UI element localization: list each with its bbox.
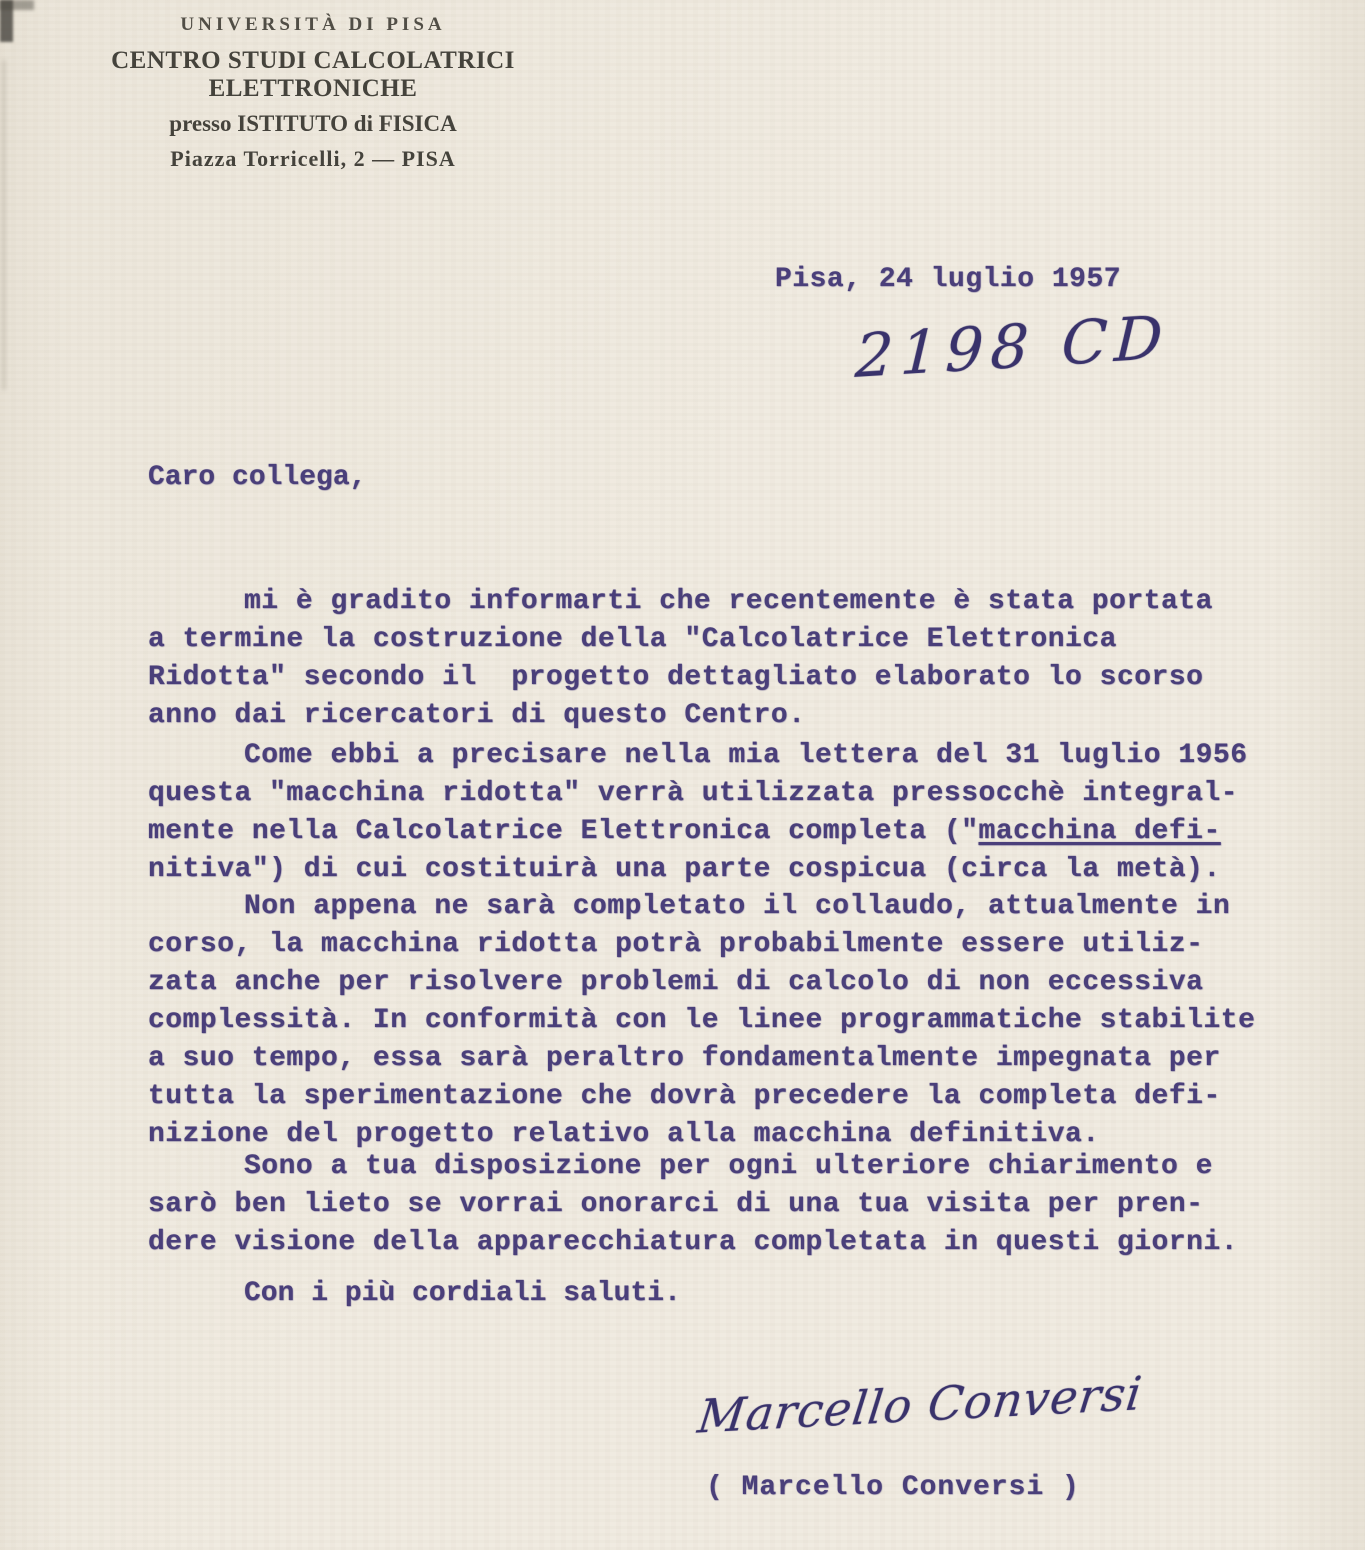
- letter-line: anno dai ricercatori di questo Centro.: [148, 697, 1213, 735]
- letter-line: corso, la macchina ridotta potrà probabi…: [148, 926, 1255, 964]
- paragraph-3: Non appena ne sarà completato il collaud…: [148, 888, 1255, 1154]
- paragraph-2: Come ebbi a precisare nella mia lettera …: [148, 737, 1248, 889]
- letter-line: dere visione della apparecchiatura compl…: [148, 1224, 1238, 1262]
- scan-artifact-streak: [2, 60, 6, 390]
- letter-line: questa "macchina ridotta" verrà utilizza…: [148, 775, 1248, 813]
- letter-line: zata anche per risolvere problemi di cal…: [148, 964, 1255, 1002]
- letterhead-institute: presso ISTITUTO di FISICA: [48, 111, 578, 137]
- letter-line: nitiva") di cui costituirà una parte cos…: [148, 851, 1248, 889]
- letterhead-address: Piazza Torricelli, 2 — PISA: [48, 146, 578, 172]
- letterhead-university: UNIVERSITÀ DI PISA: [48, 14, 578, 36]
- letter-line: sarò ben lieto se vorrai onorarci di una…: [148, 1186, 1238, 1224]
- letter-line: a suo tempo, essa sarà peraltro fondamen…: [148, 1040, 1255, 1078]
- letterhead: UNIVERSITÀ DI PISA CENTRO STUDI CALCOLAT…: [48, 14, 578, 172]
- salutation: Caro collega,: [148, 462, 366, 493]
- letter-line: Sono a tua disposizione per ogni ulterio…: [148, 1148, 1238, 1186]
- letter-line: Non appena ne sarà completato il collaud…: [148, 888, 1255, 926]
- paragraph-4: Sono a tua disposizione per ogni ulterio…: [148, 1148, 1238, 1262]
- letter-line: mi è gradito informarti che recentemente…: [148, 583, 1213, 621]
- letter-line: tutta la sperimentazione che dovrà prece…: [148, 1078, 1255, 1116]
- letter-line: a termine la costruzione della "Calcolat…: [148, 621, 1213, 659]
- letter-line: mente nella Calcolatrice Elettronica com…: [148, 813, 1248, 851]
- protocol-number-handwritten: 2198 CD: [854, 302, 1171, 392]
- closing-line: Con i più cordiali saluti.: [244, 1278, 681, 1309]
- letter-line: Come ebbi a precisare nella mia lettera …: [148, 737, 1248, 775]
- letterhead-center-name: CENTRO STUDI CALCOLATRICI ELETTRONICHE: [48, 47, 578, 103]
- scanned-letter-page: UNIVERSITÀ DI PISA CENTRO STUDI CALCOLAT…: [0, 0, 1365, 1550]
- signature-typed: ( Marcello Conversi ): [706, 1472, 1080, 1503]
- signature-handwritten: Marcello Conversi: [695, 1366, 1145, 1444]
- letter-line: complessità. In conformità con le linee …: [148, 1002, 1255, 1040]
- dateline: Pisa, 24 luglio 1957: [775, 264, 1121, 295]
- letter-line: Ridotta" secondo il progetto dettagliato…: [148, 659, 1213, 697]
- paragraph-1: mi è gradito informarti che recentemente…: [148, 583, 1213, 735]
- scan-artifact-corner-top: [0, 0, 34, 10]
